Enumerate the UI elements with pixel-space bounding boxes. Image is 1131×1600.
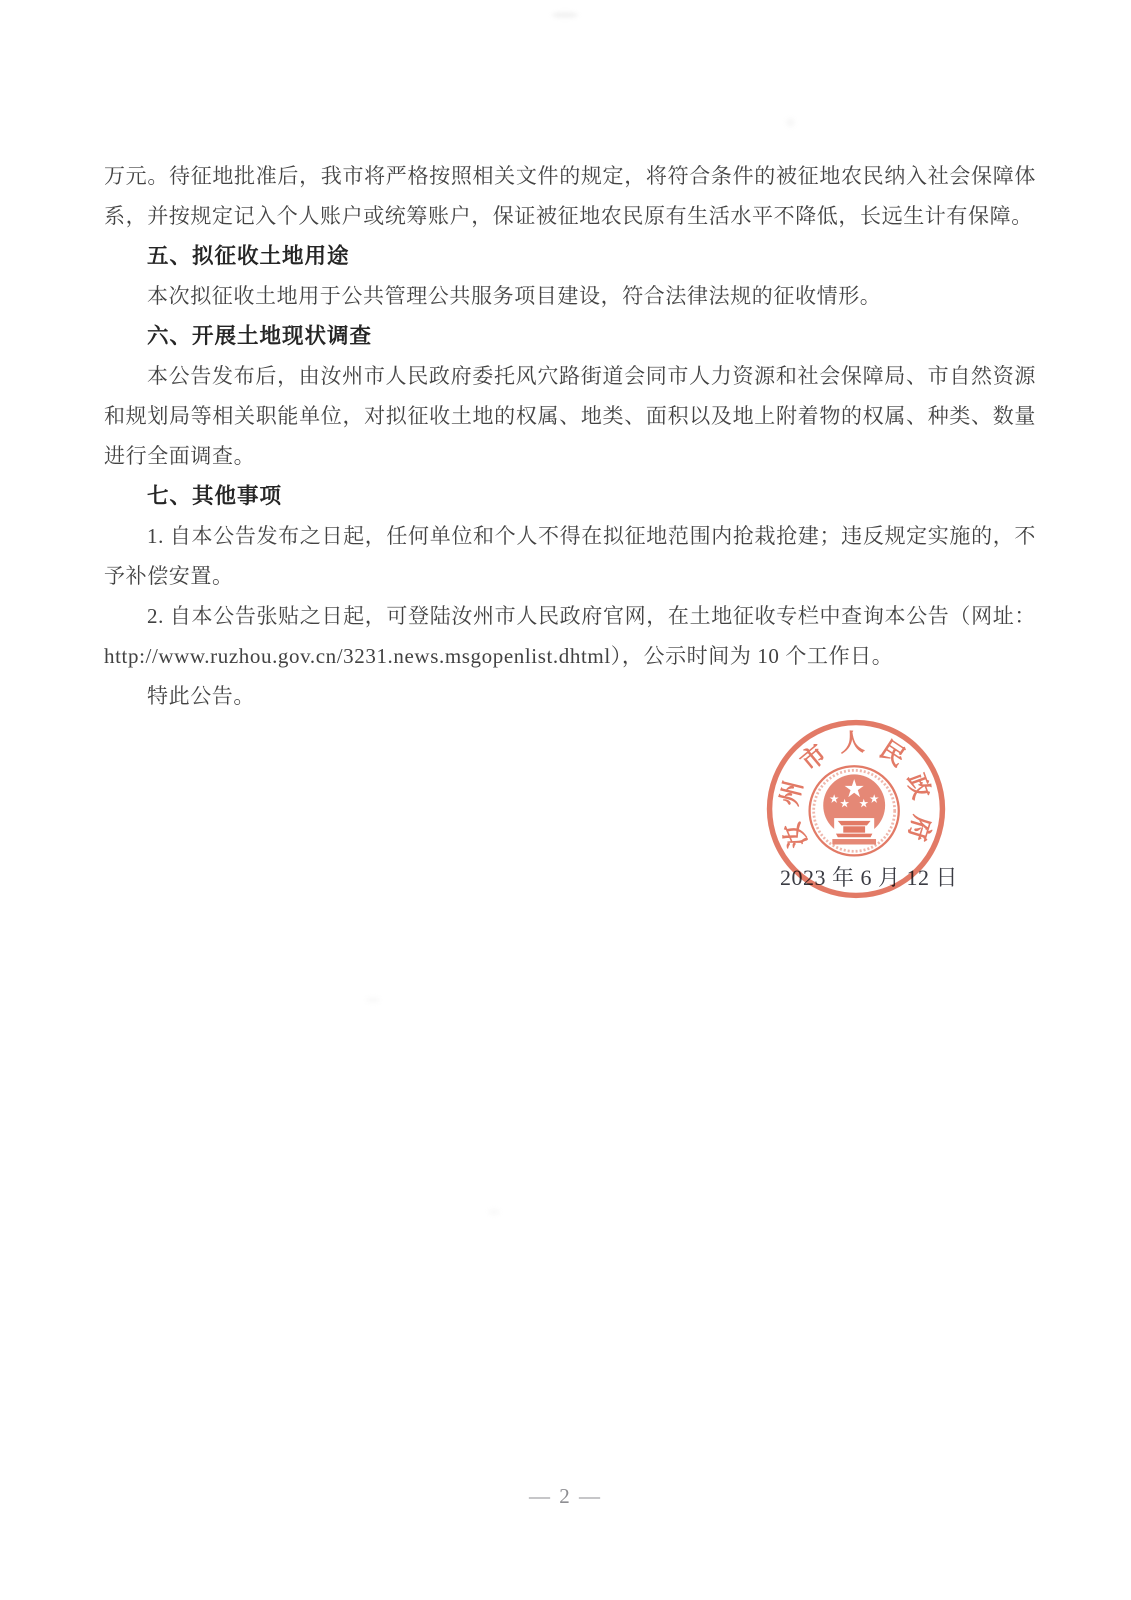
national-emblem-icon [810,766,899,855]
page-number: — 2 — [0,1484,1131,1508]
announcement-body: 万元。待征地批准后，我市将严格按照相关文件的规定，将符合条件的被征地农民纳入社会… [104,156,1036,716]
heading-section-five: 五、拟征收土地用途 [104,236,1036,276]
paragraph-survey: 本公告发布后，由汝州市人民政府委托风穴路街道会同市人力资源和社会保障局、市自然资… [104,356,1036,476]
heading-section-six: 六、开展土地现状调查 [104,316,1036,356]
scan-artifact [366,997,380,1003]
seal-text: 汝州市人民政府 [776,728,937,852]
official-seal: 汝州市人民政府 [765,718,947,900]
seal-ring [770,723,943,896]
scan-artifact [552,12,578,18]
paragraph-social-security-continuation: 万元。待征地批准后，我市将严格按照相关文件的规定，将符合条件的被征地农民纳入社会… [104,156,1036,236]
paragraph-item-one: 1. 自本公告发布之日起，任何单位和个人不得在拟征地范围内抢栽抢建；违反规定实施… [104,516,1036,596]
scan-artifact [488,1209,500,1215]
document-page: 万元。待征地批准后，我市将严格按照相关文件的规定，将符合条件的被征地农民纳入社会… [0,0,1131,1600]
paragraph-closing: 特此公告。 [104,676,1036,716]
heading-section-seven: 七、其他事项 [104,476,1036,516]
paragraph-land-use: 本次拟征收土地用于公共管理公共服务项目建设，符合法律法规的征收情形。 [104,276,1036,316]
scan-artifact [786,118,795,127]
svg-text:汝州市人民政府: 汝州市人民政府 [776,728,937,852]
paragraph-item-two-url: 2. 自本公告张贴之日起，可登陆汝州市人民政府官网，在土地征收专栏中查询本公告（… [104,596,1036,676]
issue-date: 2023 年 6 月 12 日 [780,861,958,892]
